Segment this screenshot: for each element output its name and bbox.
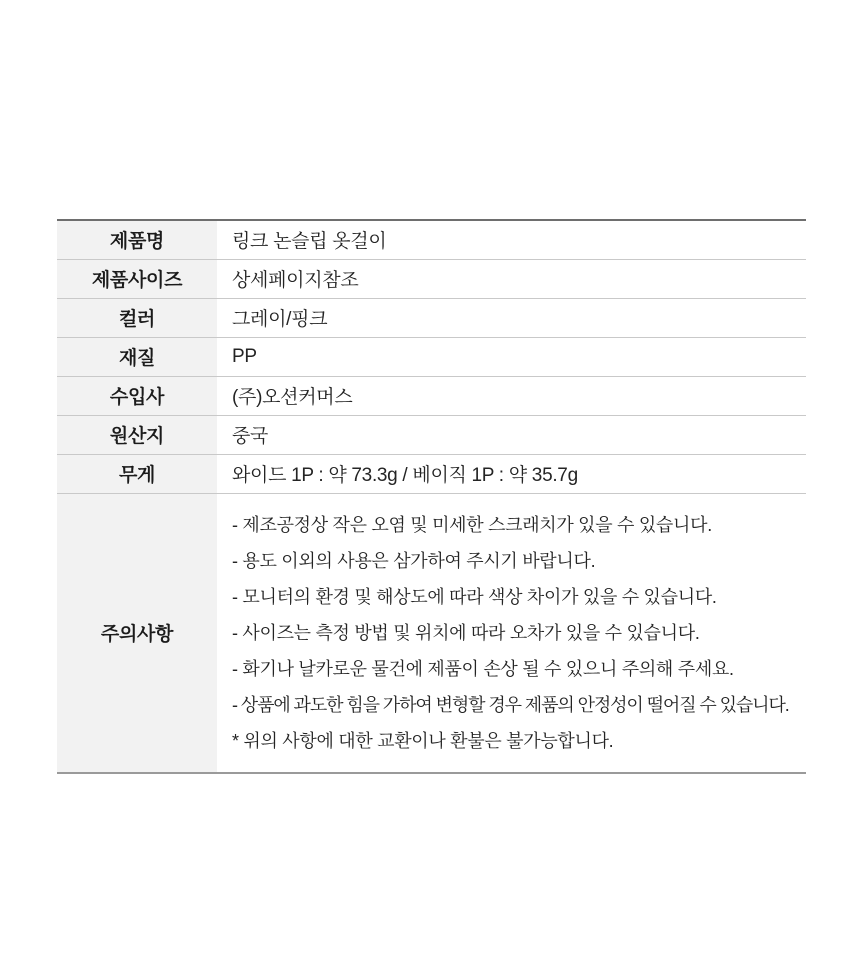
row-value: 와이드 1P : 약 73.3g / 베이직 1P : 약 35.7g	[217, 454, 806, 493]
row-value: PP	[217, 337, 806, 376]
row-label: 제품명	[57, 220, 217, 259]
notice-line: - 제조공정상 작은 오염 및 미세한 스크래치가 있을 수 있습니다.	[232, 507, 806, 543]
row-label: 재질	[57, 337, 217, 376]
notice-content: - 제조공정상 작은 오염 및 미세한 스크래치가 있을 수 있습니다. - 용…	[217, 493, 806, 773]
notice-row: 주의사항 - 제조공정상 작은 오염 및 미세한 스크래치가 있을 수 있습니다…	[57, 493, 806, 773]
row-label: 컬러	[57, 298, 217, 337]
row-label: 무게	[57, 454, 217, 493]
row-label: 제품사이즈	[57, 259, 217, 298]
notice-line: - 용도 이외의 사용은 삼가하여 주시기 바랍니다.	[232, 543, 806, 579]
table-row: 수입사 (주)오션커머스	[57, 376, 806, 415]
table-row: 컬러 그레이/핑크	[57, 298, 806, 337]
row-value: 상세페이지참조	[217, 259, 806, 298]
notice-line: * 위의 사항에 대한 교환이나 환불은 불가능합니다.	[232, 723, 806, 759]
notice-line: - 화기나 날카로운 물건에 제품이 손상 될 수 있으니 주의해 주세요.	[232, 651, 806, 687]
notice-line: - 모니터의 환경 및 해상도에 따라 색상 차이가 있을 수 있습니다.	[232, 579, 806, 615]
table-row: 제품명 링크 논슬립 옷걸이	[57, 220, 806, 259]
notice-line: - 상품에 과도한 힘을 가하여 변형할 경우 제품의 안정성이 떨어질 수 있…	[232, 687, 806, 723]
table-row: 제품사이즈 상세페이지참조	[57, 259, 806, 298]
table-row: 재질 PP	[57, 337, 806, 376]
table-row: 원산지 중국	[57, 415, 806, 454]
row-value: 중국	[217, 415, 806, 454]
notice-line: - 사이즈는 측정 방법 및 위치에 따라 오차가 있을 수 있습니다.	[232, 615, 806, 651]
row-label: 주의사항	[57, 493, 217, 773]
table-row: 무게 와이드 1P : 약 73.3g / 베이직 1P : 약 35.7g	[57, 454, 806, 493]
row-label: 원산지	[57, 415, 217, 454]
row-value: 링크 논슬립 옷걸이	[217, 220, 806, 259]
row-value: (주)오션커머스	[217, 376, 806, 415]
product-detail-page: 제품명 링크 논슬립 옷걸이 제품사이즈 상세페이지참조 컬러 그레이/핑크 재…	[0, 0, 860, 974]
row-value: 그레이/핑크	[217, 298, 806, 337]
row-label: 수입사	[57, 376, 217, 415]
product-info-table: 제품명 링크 논슬립 옷걸이 제품사이즈 상세페이지참조 컬러 그레이/핑크 재…	[57, 219, 806, 774]
